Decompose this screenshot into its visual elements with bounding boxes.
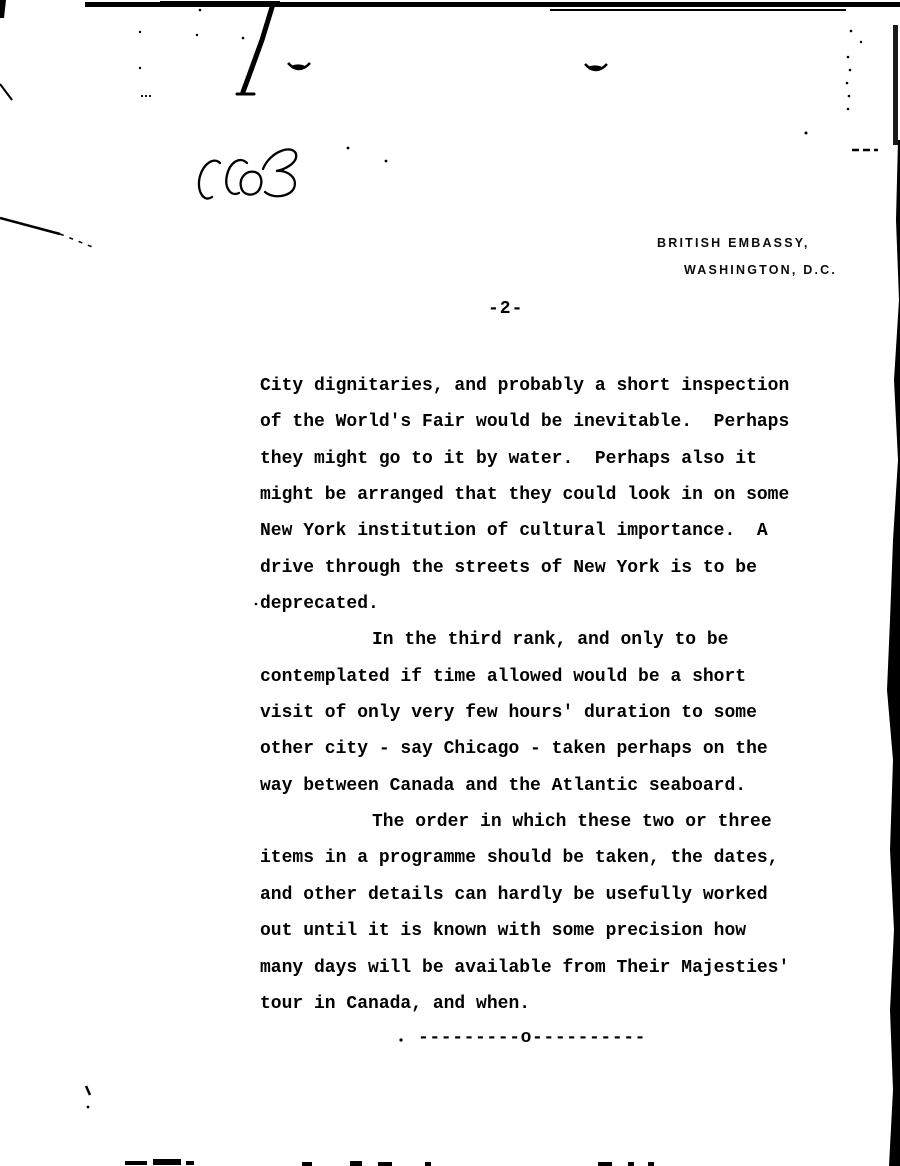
text-line: In the third rank, and only to be <box>260 622 820 658</box>
text-line: items in a programme should be taken, th… <box>260 840 820 876</box>
text-line: visit of only very few hours' duration t… <box>260 695 820 731</box>
text-line: deprecated. <box>260 586 820 622</box>
text-line: drive through the streets of New York is… <box>260 550 820 586</box>
text-line: The order in which these two or three <box>260 804 820 840</box>
closing-mark: ---------o---------- <box>418 1028 646 1048</box>
text-line: and other details can hardly be usefully… <box>260 877 820 913</box>
text-line: might be arranged that they could look i… <box>260 477 820 513</box>
bottom-left-tick <box>86 1086 90 1095</box>
text-line: out until it is known with some precisio… <box>260 913 820 949</box>
text-line: City dignitaries, and probably a short i… <box>260 368 820 404</box>
text-line: they might go to it by water. Perhaps al… <box>260 441 820 477</box>
right-margin-specks <box>805 30 863 135</box>
text-line: many days will be available from Their M… <box>260 950 820 986</box>
text-line: way between Canada and the Atlantic seab… <box>260 768 820 804</box>
fold-crease-line <box>237 4 273 94</box>
text-line: contemplated if time allowed would be a … <box>260 659 820 695</box>
scanned-letter-page: BRITISH EMBASSY, WASHINGTON, D.C. -2- Ci… <box>0 0 900 1166</box>
right-edge-scan-stripe <box>887 25 900 1166</box>
bottom-edge-marks <box>125 1159 654 1166</box>
letterhead-line2: WASHINGTON, D.C. <box>684 263 837 277</box>
binder-smudge-marks <box>288 63 607 71</box>
text-line: tour in Canada, and when. <box>260 986 820 1022</box>
left-edge-marks <box>0 0 95 248</box>
page-number: -2- <box>488 299 523 319</box>
text-line: other city - say Chicago - taken perhaps… <box>260 731 820 767</box>
letterhead-line1: BRITISH EMBASSY, <box>657 236 837 250</box>
text-line: of the World's Fair would be inevitable.… <box>260 404 820 440</box>
text-line: New York institution of cultural importa… <box>260 513 820 549</box>
letter-body: City dignitaries, and probably a short i… <box>260 368 820 1022</box>
top-edge-lines <box>85 1 900 11</box>
handwritten-mark <box>199 149 296 198</box>
letterhead: BRITISH EMBASSY, WASHINGTON, D.C. <box>657 236 837 277</box>
